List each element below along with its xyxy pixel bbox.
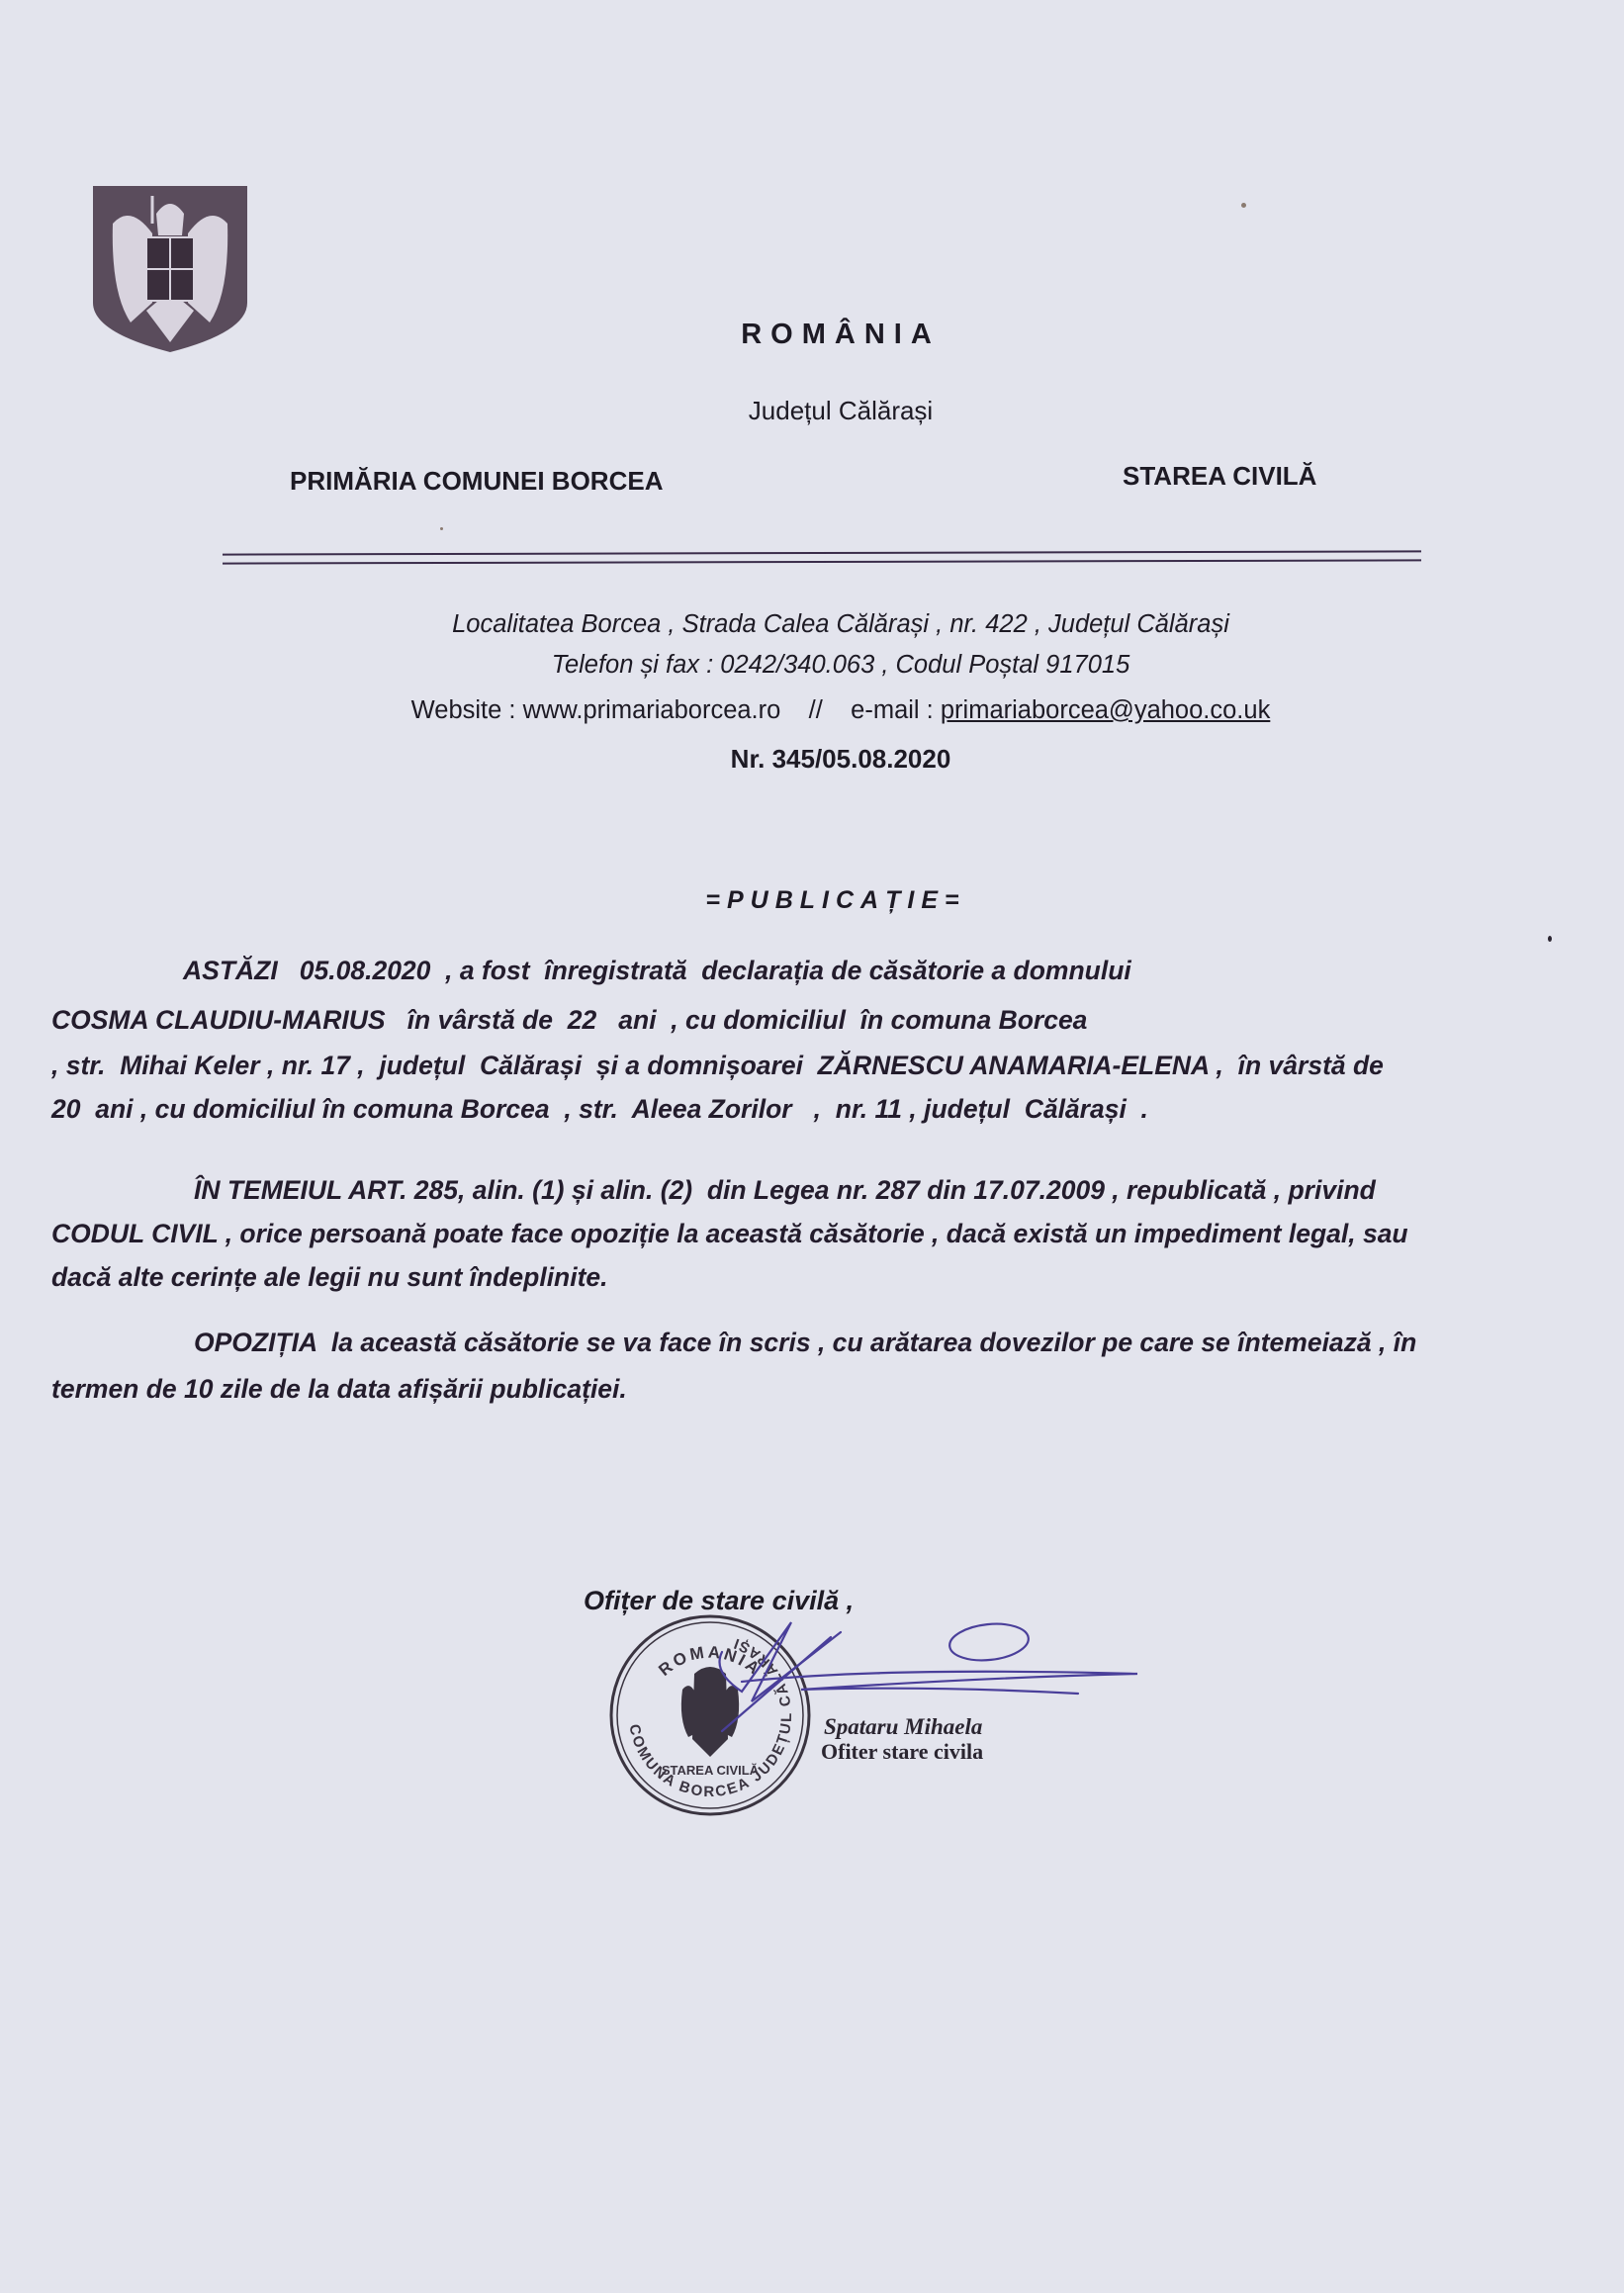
email-link[interactable]: primariaborcea@yahoo.co.uk bbox=[941, 696, 1270, 724]
header-divider bbox=[223, 550, 1421, 564]
signer-role: Ofiter stare civila bbox=[821, 1739, 983, 1765]
website-label: Website : www.primariaborcea.ro // e-mai… bbox=[411, 696, 941, 724]
paragraph-3-line: termen de 10 zile de la data afișării pu… bbox=[51, 1374, 627, 1405]
paragraph-3-line: OPOZIȚIA la această căsătorie se va face… bbox=[194, 1328, 1416, 1358]
paragraph-1-line: , str. Mihai Keler , nr. 17 , județul Că… bbox=[51, 1051, 1384, 1081]
country-heading: ROMÂNIA bbox=[0, 319, 1624, 351]
paragraph-2-line: dacă alte cerințe ale legii nu sunt înde… bbox=[51, 1262, 608, 1293]
phone-postal-line: Telefon și fax : 0242/340.063 , Codul Po… bbox=[0, 651, 1624, 680]
registration-number: Nr. 345/05.08.2020 bbox=[0, 744, 1624, 775]
paragraph-1-line: COSMA CLAUDIU-MARIUS în vârstă de 22 ani… bbox=[51, 1005, 1087, 1036]
department-name: STAREA CIVILĂ bbox=[1123, 461, 1316, 492]
address-line: Localitatea Borcea , Strada Calea Călăra… bbox=[0, 610, 1624, 639]
paper-speck bbox=[1548, 936, 1552, 942]
paragraph-1-line: 20 ani , cu domiciliul în comuna Borcea … bbox=[51, 1094, 1148, 1125]
paper-speck bbox=[1241, 203, 1246, 208]
county-heading: Județul Călărași bbox=[0, 396, 1624, 426]
paper-speck bbox=[440, 527, 443, 530]
document-title: =PUBLICAȚIE= bbox=[0, 886, 1624, 915]
paragraph-2-line: ÎN TEMEIUL ART. 285, alin. (1) și alin. … bbox=[194, 1175, 1376, 1206]
signer-name: Spataru Mihaela bbox=[824, 1714, 982, 1740]
paragraph-1-line: ASTĂZI 05.08.2020 , a fost înregistrată … bbox=[183, 956, 1131, 986]
institution-name: PRIMĂRIA COMUNEI BORCEA bbox=[290, 466, 663, 497]
website-email-line: Website : www.primariaborcea.ro // e-mai… bbox=[0, 696, 1624, 725]
svg-text:STAREA CIVILĂ: STAREA CIVILĂ bbox=[662, 1763, 760, 1778]
paragraph-2-line: CODUL CIVIL , orice persoană poate face … bbox=[51, 1219, 1408, 1249]
